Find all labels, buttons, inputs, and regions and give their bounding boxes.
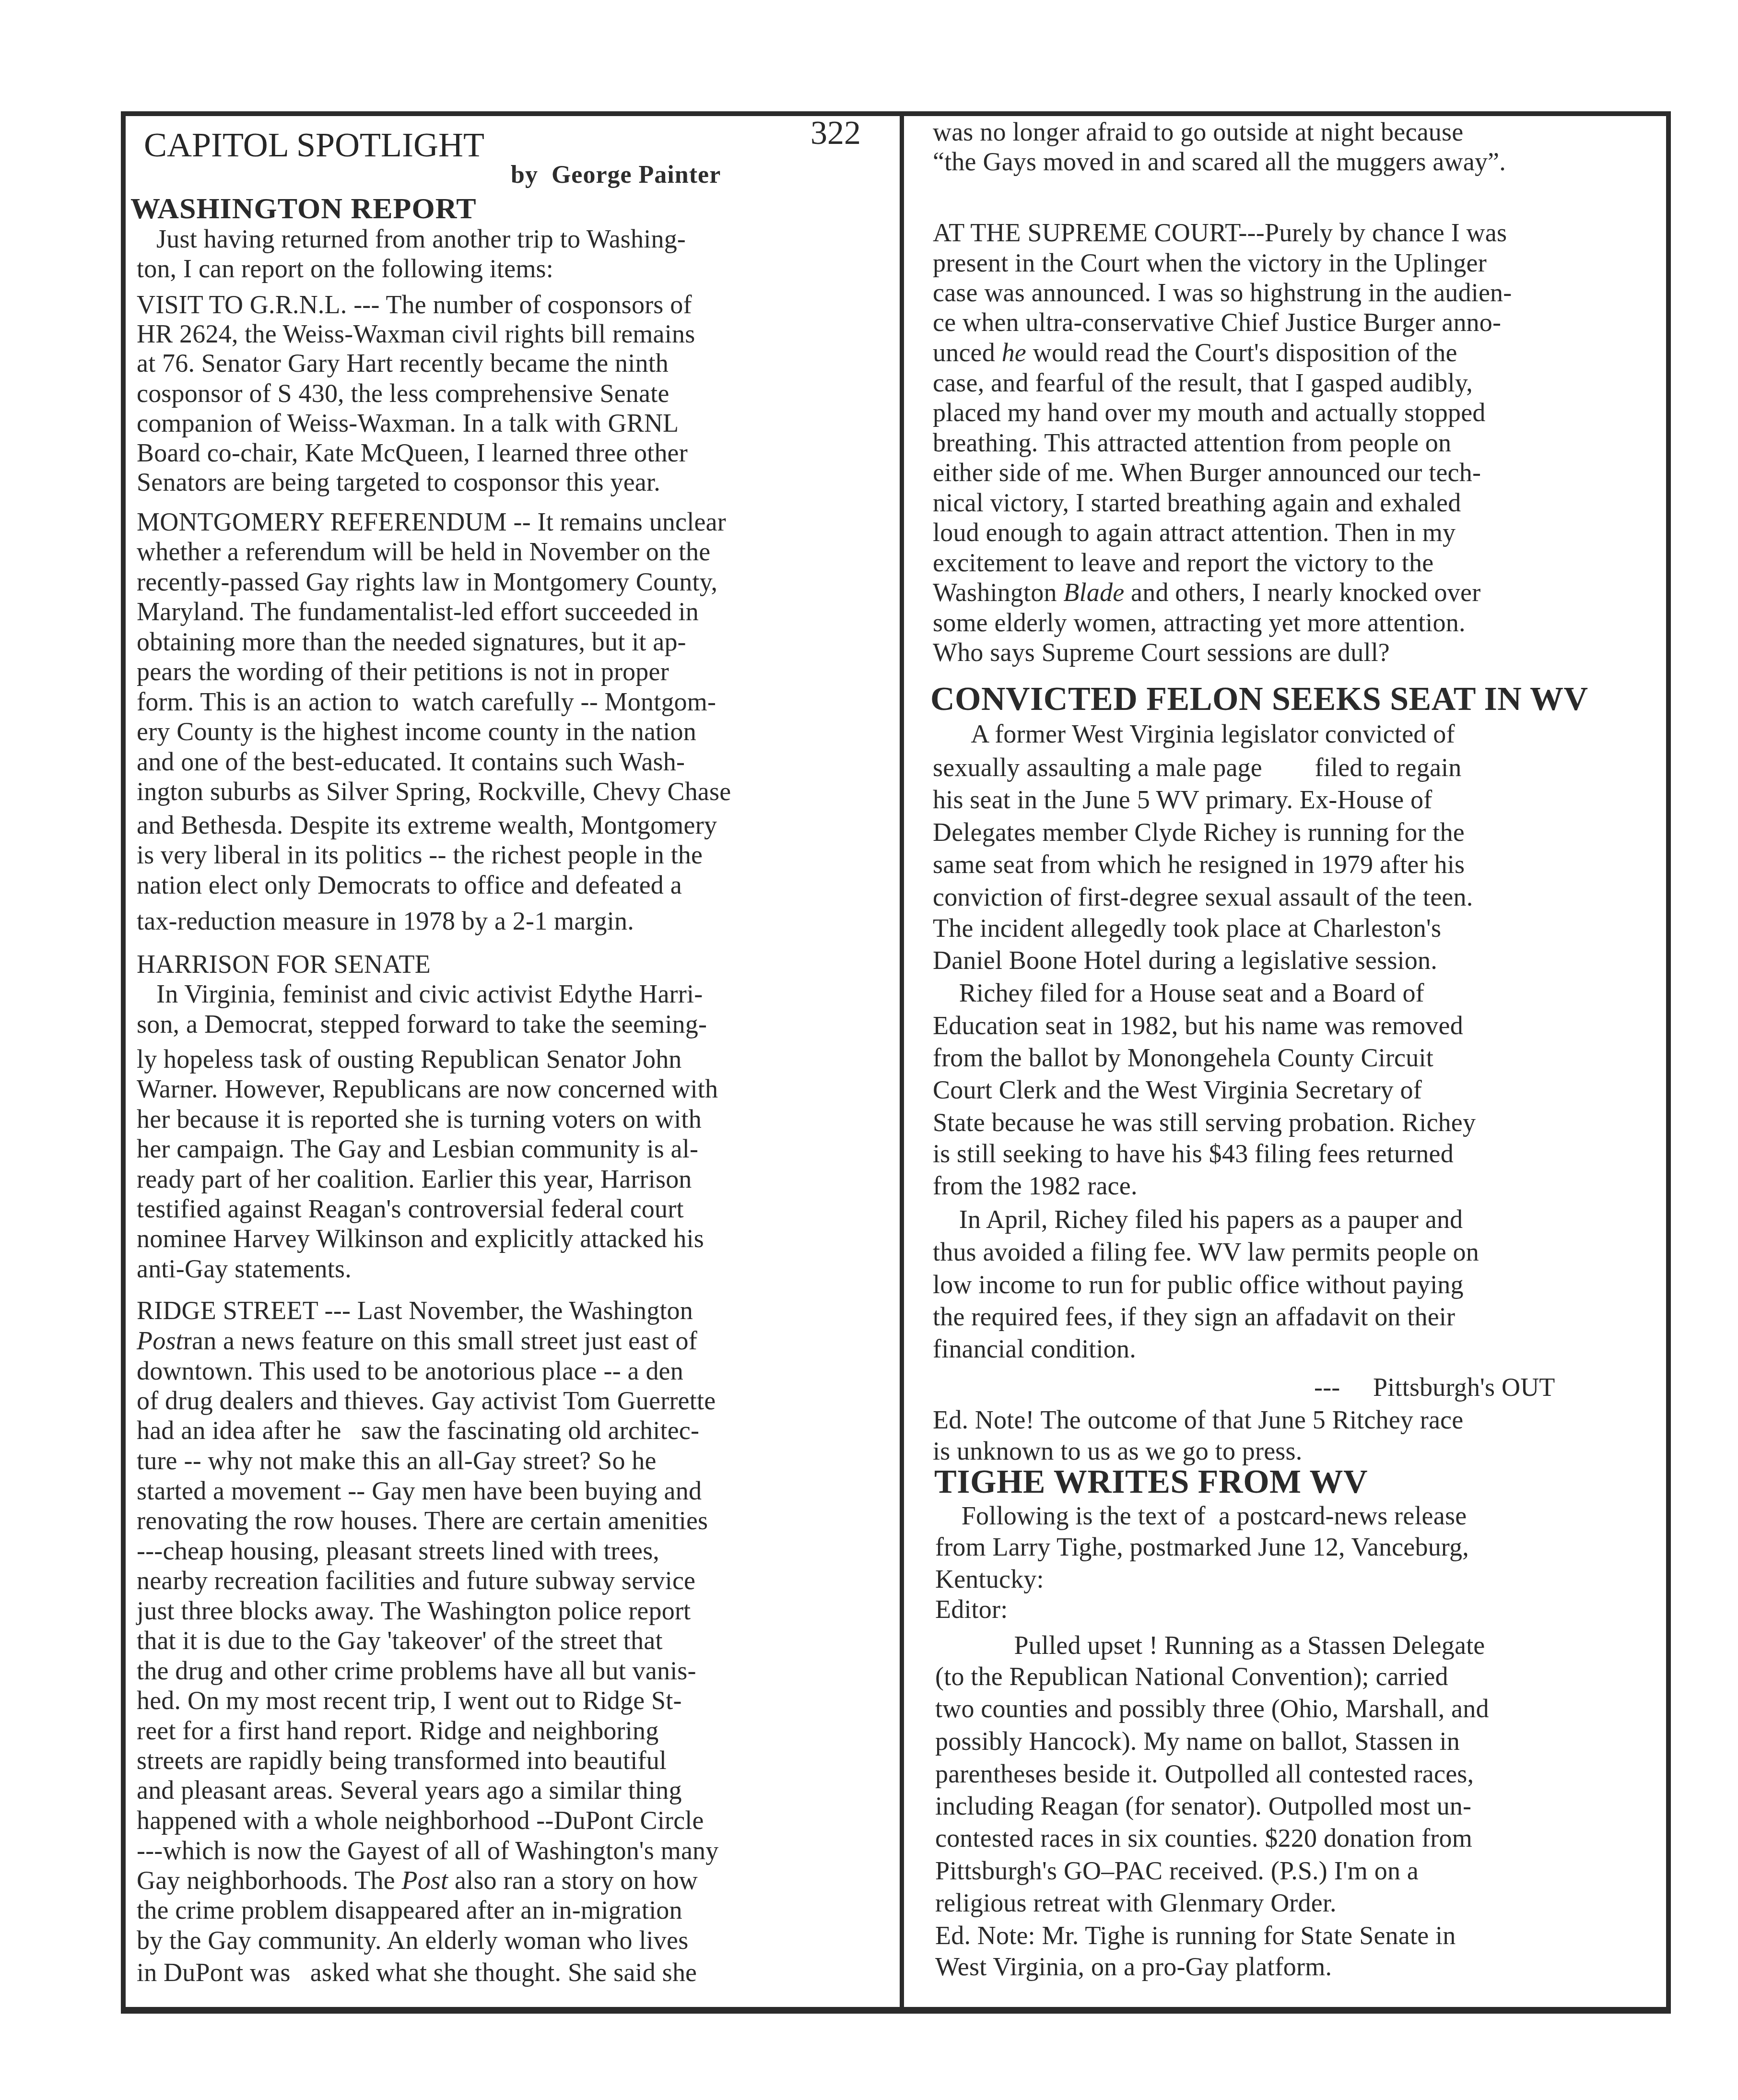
article-line: The incident allegedly took place at Cha…: [933, 914, 1441, 943]
article-line: had an idea after he saw the fascinating…: [137, 1416, 699, 1445]
article-line: thus avoided a filing fee. WV law permit…: [933, 1238, 1479, 1266]
article-line: streets are rapidly being transformed in…: [137, 1746, 667, 1775]
article-line: his seat in the June 5 WV primary. Ex-Ho…: [933, 785, 1433, 814]
article-line: Following is the text of a postcard-news…: [935, 1501, 1467, 1530]
article-line: Board co-chair, Kate McQueen, I learned …: [137, 438, 688, 467]
article-line: sexually assaulting a male page filed to…: [933, 753, 1461, 782]
article-line: and Bethesda. Despite its extreme wealth…: [137, 811, 717, 839]
source-attribution: --- Pittsburgh's OUT: [1314, 1373, 1555, 1402]
article-line: low income to run for public office with…: [933, 1270, 1464, 1299]
article-line: recently-passed Gay rights law in Montgo…: [137, 567, 717, 596]
article-line: ---which is now the Gayest of all of Was…: [137, 1836, 718, 1865]
article-line: HR 2624, the Weiss-Waxman civil rights b…: [137, 319, 695, 348]
article-line: A former West Virginia legislator convic…: [933, 720, 1455, 748]
article-line: that it is due to the Gay 'takeover' of …: [137, 1626, 663, 1655]
article-line: Senators are being targeted to cosponsor…: [137, 468, 660, 496]
article-line: nearby recreation facilities and future …: [137, 1566, 695, 1595]
article-line: MONTGOMERY REFERENDUM -- It remains uncl…: [137, 507, 726, 536]
article-line: either side of me. When Burger announced…: [933, 458, 1481, 487]
section-heading-washington-report: WASHINGTON REPORT: [130, 192, 477, 226]
article-line: ture -- why not make this an all-Gay str…: [137, 1446, 657, 1475]
article-line: her because it is reported she is turnin…: [137, 1105, 702, 1133]
article-line: son, a Democrat, stepped forward to take…: [137, 1010, 707, 1038]
article-line: loud enough to again attract attention. …: [933, 518, 1456, 547]
article-line: possibly Hancock). My name on ballot, St…: [935, 1727, 1460, 1756]
article-line: breathing. This attracted attention from…: [933, 428, 1451, 457]
article-line: two counties and possibly three (Ohio, M…: [935, 1694, 1489, 1723]
article-line: ---cheap housing, pleasant streets lined…: [137, 1536, 659, 1565]
article-line: West Virginia, on a pro-Gay platform.: [935, 1952, 1332, 1981]
article-line: Daniel Boone Hotel during a legislative …: [933, 946, 1437, 975]
article-line: Court Clerk and the West Virginia Secret…: [933, 1075, 1422, 1104]
heading-convicted-felon: CONVICTED FELON SEEKS SEAT IN WV: [930, 680, 1588, 719]
article-line: Ed. Note: Mr. Tighe is running for State…: [935, 1921, 1456, 1950]
article-line: parentheses beside it. Outpolled all con…: [935, 1759, 1474, 1788]
ed-note-line: is unknown to us as we go to press.: [933, 1437, 1302, 1465]
article-line: (to the Republican National Convention);…: [935, 1662, 1448, 1691]
article-line: Maryland. The fundamentalist-led effort …: [137, 597, 699, 626]
article-line: the crime problem disappeared after an i…: [137, 1896, 682, 1924]
page-number: 322: [810, 114, 861, 153]
article-line: Gay neighborhoods. The Post also ran a s…: [137, 1866, 698, 1895]
article-line: pears the wording of their petitions is …: [137, 657, 669, 686]
article-line: ington suburbs as Silver Spring, Rockvil…: [137, 777, 731, 806]
article-line: religious retreat with Glenmary Order.: [935, 1888, 1337, 1917]
article-line: unced he would read the Court's disposit…: [933, 338, 1457, 367]
article-line: started a movement -- Gay men have been …: [137, 1476, 702, 1505]
article-line: just three blocks away. The Washington p…: [137, 1596, 691, 1625]
article-line: VISIT TO G.R.N.L. --- The number of cosp…: [137, 290, 692, 319]
article-line: Kentucky:: [935, 1565, 1044, 1593]
article-line: obtaining more than the needed signature…: [137, 627, 686, 656]
article-line: present in the Court when the victory in…: [933, 248, 1487, 277]
article-line: conviction of first-degree sexual assaul…: [933, 883, 1473, 911]
article-line: financial condition.: [933, 1334, 1136, 1363]
article-line: testified against Reagan's controversial…: [137, 1194, 684, 1223]
article-line: Washington Blade and others, I nearly kn…: [933, 578, 1480, 607]
article-line: RIDGE STREET --- Last November, the Wash…: [137, 1296, 693, 1325]
article-line: ce when ultra-conservative Chief Justice…: [933, 308, 1501, 337]
article-line: from Larry Tighe, postmarked June 12, Va…: [935, 1533, 1469, 1561]
article-line: reet for a first hand report. Ridge and …: [137, 1716, 658, 1745]
article-line: Editor:: [935, 1595, 1008, 1624]
article-line: ton, I can report on the following items…: [137, 254, 553, 283]
heading-tighe-writes: TIGHE WRITES FROM WV: [934, 1463, 1368, 1501]
article-line: is still seeking to have his $43 filing …: [933, 1139, 1454, 1168]
article-line: hed. On my most recent trip, I went out …: [137, 1686, 682, 1715]
column-title: CAPITOL SPOTLIGHT: [144, 126, 484, 164]
article-line: ery County is the highest income county …: [137, 717, 696, 746]
article-line: In April, Richey filed his papers as a p…: [933, 1205, 1463, 1234]
article-line: anti-Gay statements.: [137, 1254, 352, 1283]
article-line: from the 1982 race.: [933, 1171, 1138, 1200]
article-line: “the Gays moved in and scared all the mu…: [933, 147, 1506, 176]
article-line: whether a referendum will be held in Nov…: [137, 537, 710, 566]
article-line: was no longer afraid to go outside at ni…: [933, 118, 1463, 146]
article-line: Richey filed for a House seat and a Boar…: [933, 979, 1424, 1007]
article-line: HARRISON FOR SENATE: [137, 950, 431, 979]
article-line: the drug and other crime problems have a…: [137, 1656, 696, 1685]
article-line: AT THE SUPREME COURT---Purely by chance …: [933, 218, 1507, 247]
article-line: companion of Weiss-Waxman. In a talk wit…: [137, 409, 679, 437]
article-line: case, and fearful of the result, that I …: [933, 368, 1473, 397]
byline: by George Painter: [511, 161, 721, 189]
article-line: ly hopeless task of ousting Republican S…: [137, 1045, 682, 1074]
article-line: Just having returned from another trip t…: [137, 224, 686, 253]
article-line: Delegates member Clyde Richey is running…: [933, 818, 1465, 847]
ed-note-line: Ed. Note! The outcome of that June 5 Rit…: [933, 1405, 1463, 1434]
bottom-rule: [121, 2010, 1671, 2014]
article-line: and one of the best-educated. It contain…: [137, 747, 685, 776]
article-line: Who says Supreme Court sessions are dull…: [933, 638, 1390, 667]
article-line: her campaign. The Gay and Lesbian commun…: [137, 1134, 698, 1163]
article-line: renovating the row houses. There are cer…: [137, 1506, 708, 1535]
article-line: of drug dealers and thieves. Gay activis…: [137, 1386, 716, 1415]
article-line: Warner. However, Republicans are now con…: [137, 1074, 718, 1103]
article-line: Pulled upset ! Running as a Stassen Dele…: [935, 1631, 1485, 1660]
article-line: In Virginia, feminist and civic activist…: [137, 979, 703, 1008]
article-line: some elderly women, attracting yet more …: [933, 608, 1466, 637]
article-line: form. This is an action to watch careful…: [137, 687, 716, 716]
article-line: same seat from which he resigned in 1979…: [933, 850, 1465, 879]
article-line: Postran a news feature on this small str…: [137, 1326, 697, 1355]
article-line: ready part of her coalition. Earlier thi…: [137, 1165, 692, 1193]
article-line: is very liberal in its politics -- the r…: [137, 840, 703, 869]
article-line: tax-reduction measure in 1978 by a 2-1 m…: [137, 907, 634, 935]
article-line: case was announced. I was so highstrung …: [933, 278, 1512, 307]
article-line: Pittsburgh's GO–PAC received. (P.S.) I'm…: [935, 1856, 1419, 1885]
article-line: cosponsor of S 430, the less comprehensi…: [137, 379, 669, 408]
article-line: Education seat in 1982, but his name was…: [933, 1011, 1463, 1040]
article-line: in DuPont was asked what she thought. Sh…: [137, 1958, 697, 1987]
column-divider: [900, 111, 904, 2012]
article-line: nominee Harvey Wilkinson and explicitly …: [137, 1224, 704, 1253]
article-line: and pleasant areas. Several years ago a …: [137, 1776, 682, 1805]
article-line: at 76. Senator Gary Hart recently became…: [137, 349, 669, 378]
article-line: placed my hand over my mouth and actuall…: [933, 398, 1486, 427]
article-line: from the ballot by Monongehela County Ci…: [933, 1043, 1433, 1072]
article-line: downtown. This used to be anotorious pla…: [137, 1357, 683, 1385]
article-line: nical victory, I started breathing again…: [933, 488, 1461, 517]
article-line: by the Gay community. An elderly woman w…: [137, 1926, 688, 1955]
article-line: including Reagan (for senator). Outpolle…: [935, 1792, 1471, 1820]
article-line: contested races in six counties. $220 do…: [935, 1824, 1472, 1852]
article-line: State because he was still serving proba…: [933, 1108, 1476, 1137]
article-line: nation elect only Democrats to office an…: [137, 871, 682, 899]
article-line: excitement to leave and report the victo…: [933, 548, 1433, 577]
article-line: happened with a whole neighborhood --DuP…: [137, 1806, 704, 1835]
article-line: the required fees, if they sign an affad…: [933, 1302, 1455, 1331]
